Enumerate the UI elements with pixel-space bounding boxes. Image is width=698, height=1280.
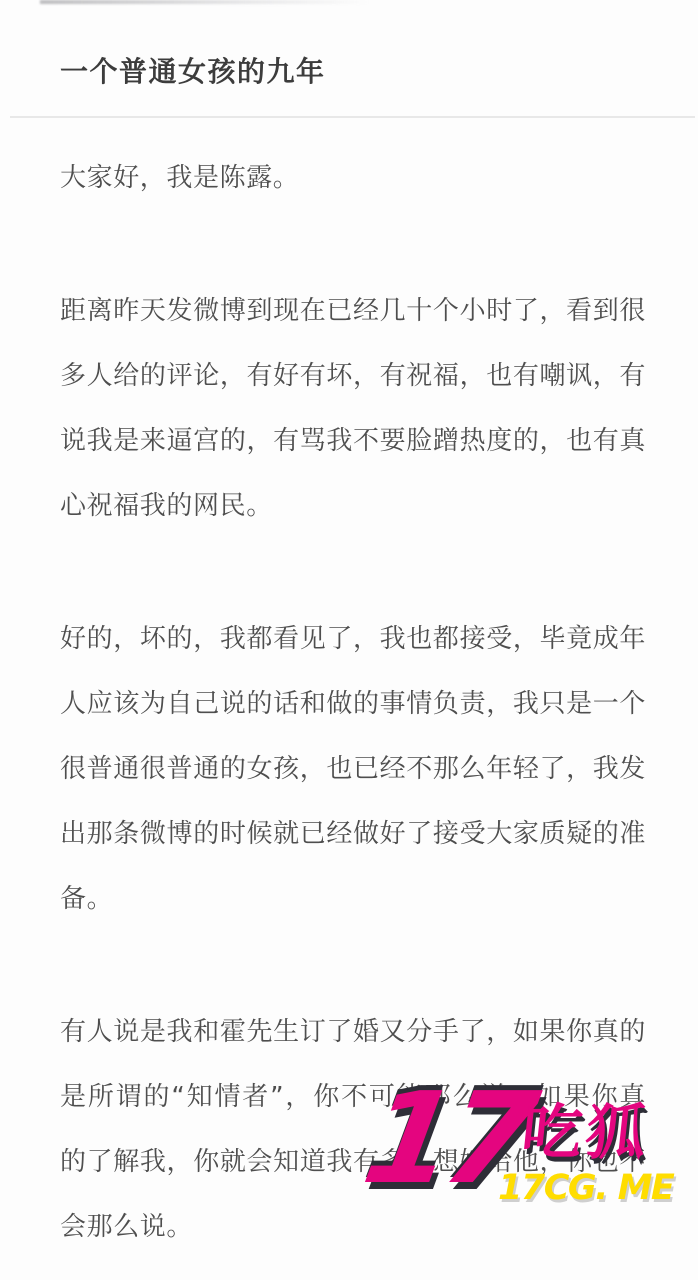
article-content: 一个普通女孩的九年 大家好，我是陈露。距离昨天发微博到现在已经几十个小时了，看到…: [0, 52, 698, 1260]
text-line: 的了解我，你就会知道我有多么想嫁给他，你也不: [60, 1130, 646, 1195]
text-line: 出那条微博的时候就已经做好了接受大家质疑的准: [60, 802, 646, 867]
text-line: 多人给的评论，有好有坏，有祝福，也有嘲讽，有: [60, 344, 646, 409]
text-line: 备。: [60, 867, 646, 932]
text-line: 大家好，我是陈露。: [60, 146, 646, 211]
text-line: 人应该为自己说的话和做的事情负责，我只是一个: [60, 672, 646, 737]
paragraph: 有人说是我和霍先生订了婚又分手了，如果你真的是所谓的“知情者”，你不可能那么说，…: [60, 1000, 646, 1260]
text-line: 是所谓的“知情者”，你不可能那么说，如果你真: [60, 1065, 646, 1130]
text-line: 说我是来逼宫的，有骂我不要脸蹭热度的，也有真: [60, 409, 646, 474]
article-page: 一个普通女孩的九年 大家好，我是陈露。距离昨天发微博到现在已经几十个小时了，看到…: [0, 0, 698, 1280]
top-edge-artifact: [40, 0, 370, 4]
text-line: 距离昨天发微博到现在已经几十个小时了，看到很: [60, 279, 646, 344]
paragraph: 大家好，我是陈露。: [60, 146, 646, 211]
text-line: 很普通很普通的女孩，也已经不那么年轻了，我发: [60, 737, 646, 802]
text-line: 有人说是我和霍先生订了婚又分手了，如果你真的: [60, 1000, 646, 1065]
paragraph: 距离昨天发微博到现在已经几十个小时了，看到很多人给的评论，有好有坏，有祝福，也有…: [60, 279, 646, 539]
text-line: 会那么说。: [60, 1195, 646, 1260]
article-title: 一个普通女孩的九年: [60, 52, 646, 92]
paragraph: 好的，坏的，我都看见了，我也都接受，毕竟成年人应该为自己说的话和做的事情负责，我…: [60, 607, 646, 932]
text-line: 心祝福我的网民。: [60, 474, 646, 539]
title-divider: [10, 116, 695, 118]
article-body: 大家好，我是陈露。距离昨天发微博到现在已经几十个小时了，看到很多人给的评论，有好…: [60, 146, 646, 1260]
text-line: 好的，坏的，我都看见了，我也都接受，毕竟成年: [60, 607, 646, 672]
